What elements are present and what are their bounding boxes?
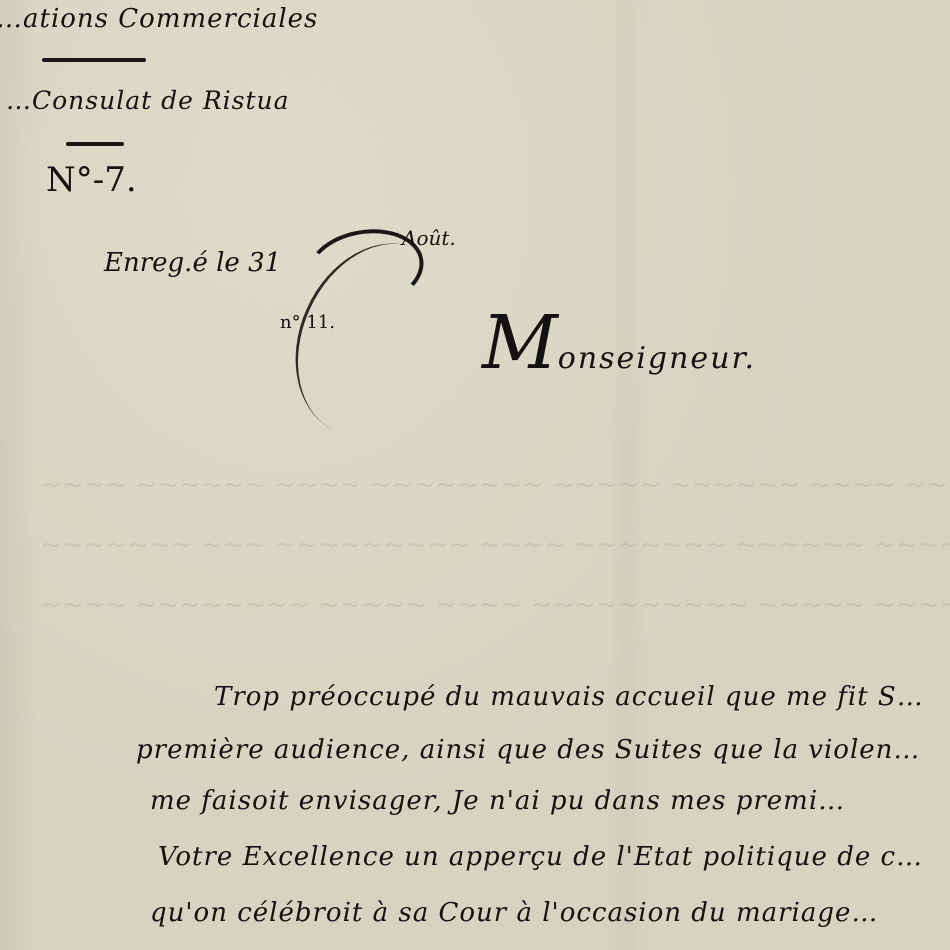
body-line-5: qu'on célébroit à sa Cour à l'occasion d…	[150, 898, 878, 928]
body-line-2: première audience, ainsi que des Suites …	[136, 735, 920, 765]
bleed-through-text: ~~~~~~~ ~~~ ~~~~~~~~~ ~~~~ ~~~~~~~ ~~~~~…	[40, 530, 950, 560]
header-underline-1	[42, 58, 146, 62]
header-line-2: …Consulat de Ristua	[6, 86, 290, 115]
registration-label: Enreg.é le 31	[104, 248, 281, 278]
body-line-3: me faisoit envisager, Je n'ai pu dans me…	[150, 786, 845, 816]
header-line-1: …ations Commerciales	[0, 4, 318, 34]
salutation-rest: onseigneur.	[558, 341, 756, 376]
registration-label-text: Enreg.é le 31	[104, 248, 281, 278]
salutation-initial: M	[482, 300, 558, 386]
bleed-through-text: ~~~~ ~~~~~~ ~~~~ ~~~~~~~~ ~~~~~ ~~~~~~ ~…	[40, 470, 950, 500]
salutation: Monseigneur.	[482, 300, 756, 386]
body-line-1: Trop préoccupé du mauvais accueil que me…	[214, 682, 924, 712]
dispatch-number: N°-7.	[46, 160, 137, 200]
header-underline-2	[66, 142, 124, 146]
body-line-4: Votre Excellence un apperçu de l'Etat po…	[158, 842, 923, 872]
bleed-through-text: ~~~~ ~~~~~~~~ ~~~~~ ~~~~ ~~~~~~~~~~ ~~~~…	[40, 590, 950, 620]
